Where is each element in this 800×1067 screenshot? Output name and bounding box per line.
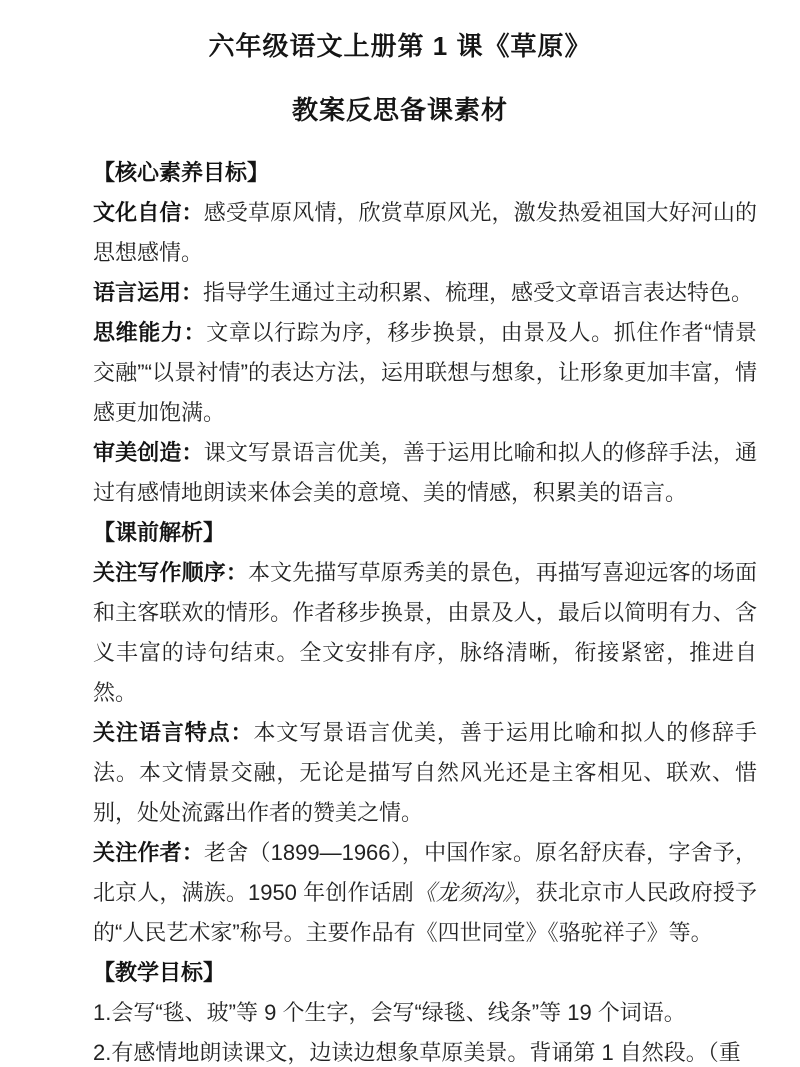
para-author-intro-work-title: 《龙须沟》 <box>414 880 514 905</box>
para-thinking-ability: 思维能力：文章以行踪为序，移步换景，由景及人。抓住作者“情景交融”“以景衬情”的… <box>93 313 757 433</box>
document-page: 六年级语文上册第 1 课《草原》 教案反思备课素材 【核心素养目标】 文化自信：… <box>0 0 800 1067</box>
document-body: 【核心素养目标】 文化自信：感受草原风情，欣赏草原风光，激发热爱祖国大好河山的思… <box>93 153 757 1067</box>
para-cultural-confidence: 文化自信：感受草原风情，欣赏草原风光，激发热爱祖国大好河山的思想感情。 <box>93 193 757 273</box>
para-writing-order: 关注写作顺序：本文先描写草原秀美的景色，再描写喜迎远客的场面和主客联欢的情形。作… <box>93 553 757 713</box>
para-writing-order-lead: 关注写作顺序： <box>93 560 248 585</box>
para-thinking-ability-lead: 思维能力： <box>93 320 206 345</box>
section-heading-pre-class-analysis: 【课前解析】 <box>93 513 757 553</box>
para-language-features-lead: 关注语言特点： <box>93 720 254 745</box>
teaching-goal-item-2: 2.有感情地朗读课文，边读边想象草原美景。背诵第 1 自然段。（重 <box>93 1033 757 1067</box>
para-cultural-confidence-lead: 文化自信： <box>93 200 204 225</box>
teaching-goal-item-2-text: 2.有感情地朗读课文，边读边想象草原美景。背诵第 1 自然段。（重 <box>93 1040 741 1065</box>
para-language-use: 语言运用：指导学生通过主动积累、梳理，感受文章语言表达特色。 <box>93 273 757 313</box>
document-title-line1: 六年级语文上册第 1 课《草原》 <box>0 28 800 64</box>
para-author-intro-lead: 关注作者： <box>93 840 204 865</box>
teaching-goal-item-1: 1.会写“毯、玻”等 9 个生字，会写“绿毯、线条”等 19 个词语。 <box>93 993 757 1033</box>
section-heading-core-literacy: 【核心素养目标】 <box>93 153 757 193</box>
para-aesthetic-creation: 审美创造：课文写景语言优美，善于运用比喻和拟人的修辞手法，通过有感情地朗读来体会… <box>93 433 757 513</box>
para-aesthetic-creation-lead: 审美创造： <box>93 440 204 465</box>
para-language-use-lead: 语言运用： <box>93 280 203 305</box>
document-title-line2: 教案反思备课素材 <box>0 92 800 128</box>
para-language-features: 关注语言特点：本文写景语言优美，善于运用比喻和拟人的修辞手法。本文情景交融，无论… <box>93 713 757 833</box>
para-language-use-text: 指导学生通过主动积累、梳理，感受文章语言表达特色。 <box>203 280 753 305</box>
teaching-goal-item-1-text: 1.会写“毯、玻”等 9 个生字，会写“绿毯、线条”等 19 个词语。 <box>93 1000 686 1025</box>
para-author-intro: 关注作者：老舍（1899—1966），中国作家。原名舒庆春，字舍予，北京人，满族… <box>93 833 757 953</box>
section-heading-teaching-goals: 【教学目标】 <box>93 953 757 993</box>
